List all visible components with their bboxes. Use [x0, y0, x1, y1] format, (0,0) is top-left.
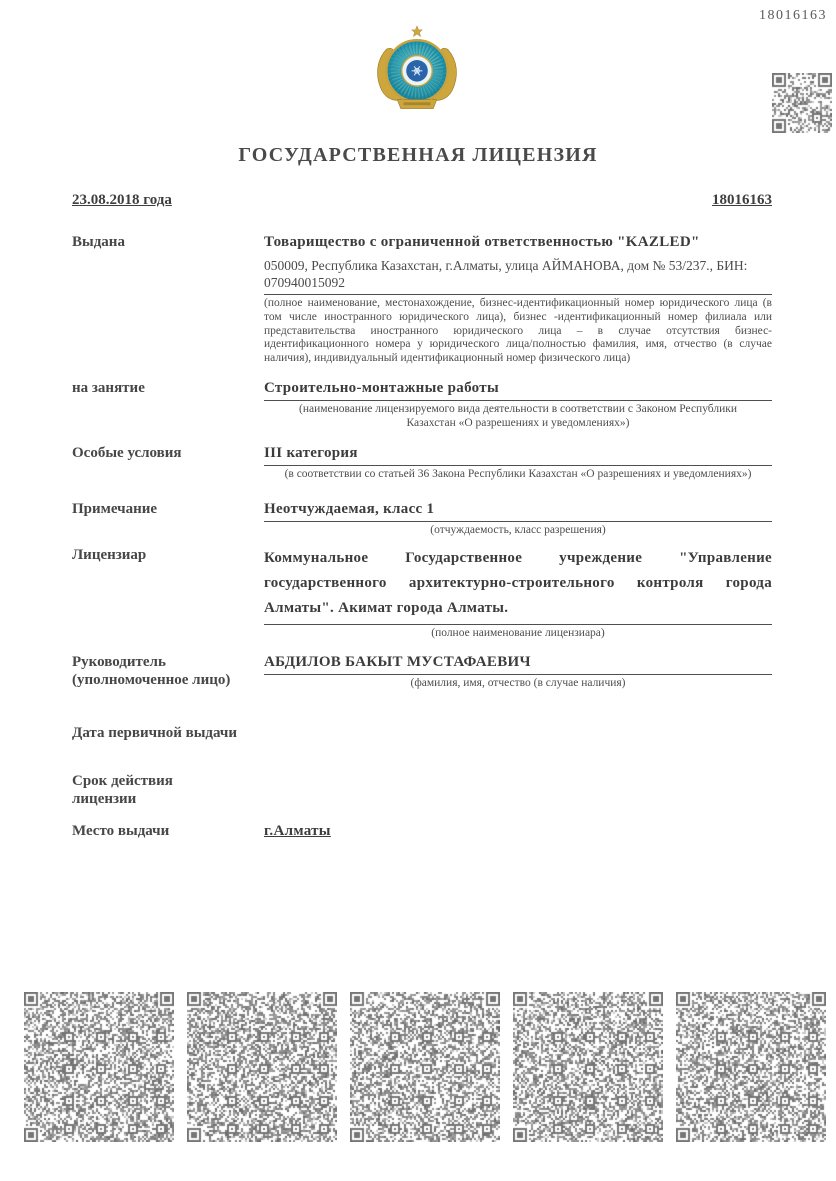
field-rule — [264, 400, 772, 401]
field-value: III категория — [264, 444, 772, 462]
field-issue-place: Место выдачи г.Алматы — [72, 822, 772, 840]
field-first-issue-date: Дата первичной выдачи — [72, 724, 772, 742]
signature-barcode-strip — [24, 992, 826, 1142]
data-matrix-code-5 — [676, 992, 826, 1142]
date-number-row: 23.08.2018 года 18016163 — [72, 192, 772, 209]
field-label: Особые условия — [72, 444, 264, 462]
field-caption: (фамилия, имя, отчество (в случае наличи… — [264, 677, 772, 691]
field-caption: (полное наименование лицензиара) — [264, 627, 772, 641]
document-title: ГОСУДАРСТВЕННАЯ ЛИЦЕНЗИЯ — [0, 144, 836, 167]
field-caption: (отчуждаемость, класс разрешения) — [264, 524, 772, 538]
field-value: АБДИЛОВ БАКЫТ МУСТАФАЕВИЧ — [264, 653, 772, 671]
field-label-line2: лицензии — [72, 790, 264, 808]
data-matrix-code-4 — [513, 992, 663, 1142]
field-caption: (наименование лицензируемого вида деятел… — [264, 403, 772, 431]
license-number: 18016163 — [712, 192, 772, 209]
field-special-conditions: Особые условия III категория (в соответс… — [72, 444, 772, 482]
field-label: Срок действия лицензии — [72, 772, 264, 808]
field-value: Строительно-монтажные работы — [264, 379, 772, 397]
field-head: Руководитель (уполномоченное лицо) АБДИЛ… — [72, 653, 772, 691]
data-matrix-code-1 — [24, 992, 174, 1142]
kazakhstan-coat-of-arms-icon — [371, 24, 463, 114]
field-note: Примечание Неотчуждаемая, класс 1 (отчуж… — [72, 500, 772, 538]
field-rule — [264, 624, 772, 625]
field-value: г.Алматы — [264, 823, 331, 839]
license-document: 18016163 — [0, 0, 836, 1181]
field-label: Руководитель (уполномоченное лицо) — [72, 653, 264, 689]
field-details: 050009, Республика Казахстан, г.Алматы, … — [264, 258, 772, 291]
field-label: Дата первичной выдачи — [72, 724, 264, 742]
document-body: 23.08.2018 года 18016163 Выдана Товарище… — [72, 192, 772, 840]
field-caption: (полное наименование, местонахождение, б… — [264, 297, 772, 366]
field-activity: на занятие Строительно-монтажные работы … — [72, 379, 772, 431]
field-value: Товарищество с ограниченной ответственно… — [264, 233, 772, 251]
field-label: Выдана — [72, 233, 264, 251]
field-label-line1: Руководитель — [72, 653, 264, 671]
field-validity: Срок действия лицензии — [72, 772, 772, 808]
field-rule — [264, 674, 772, 675]
data-matrix-code-3 — [350, 992, 500, 1142]
field-label: на занятие — [72, 379, 264, 397]
field-label: Лицензиар — [72, 546, 264, 564]
data-matrix-code-2 — [187, 992, 337, 1142]
field-caption: (в соответствии со статьей 36 Закона Рес… — [264, 468, 772, 482]
field-rule — [264, 465, 772, 466]
field-issued-to: Выдана Товарищество с ограниченной ответ… — [72, 233, 772, 366]
field-label: Примечание — [72, 500, 264, 518]
document-number-top: 18016163 — [759, 8, 827, 24]
field-licensor: Лицензиар Коммунальное Государственное у… — [72, 546, 772, 641]
field-value: Неотчуждаемая, класс 1 — [264, 500, 772, 518]
field-rule — [264, 521, 772, 522]
issue-date: 23.08.2018 года — [72, 192, 172, 209]
field-label-line2: (уполномоченное лицо) — [72, 671, 264, 689]
field-rule — [264, 294, 772, 295]
field-label: Место выдачи — [72, 822, 264, 840]
field-value: Коммунальное Государственное учреждение … — [264, 546, 772, 621]
qr-code — [772, 73, 832, 133]
field-label-line1: Срок действия — [72, 772, 264, 790]
